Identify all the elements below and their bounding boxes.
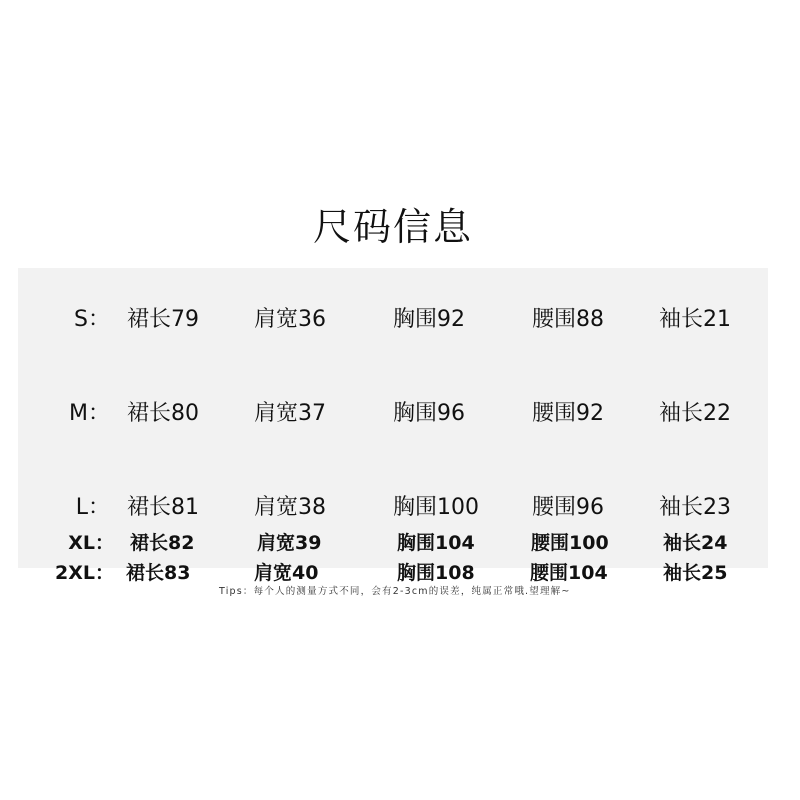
- skirt-length: 裙长80: [127, 396, 199, 427]
- skirt-length: 裙长79: [127, 302, 199, 333]
- page-title: 尺码信息: [0, 196, 786, 251]
- size-label: L：: [0, 490, 110, 521]
- shoulder-width: 肩宽37: [254, 396, 326, 427]
- sleeve-length: 袖长21: [659, 302, 731, 333]
- shoulder-width: 肩宽38: [254, 490, 326, 521]
- size-row-l: L： 裙长81 肩宽38 胸围100 腰围96 袖长23: [0, 490, 800, 520]
- skirt-length: 裙长81: [127, 490, 199, 521]
- bust: 胸围92: [393, 302, 465, 333]
- waist: 腰围88: [532, 302, 604, 333]
- bust: 胸围108: [397, 558, 475, 585]
- shoulder-width: 肩宽36: [254, 302, 326, 333]
- size-row-m: M： 裙长80 肩宽37 胸围96 腰围92 袖长22: [0, 396, 800, 426]
- waist: 腰围100: [531, 528, 609, 555]
- bust: 胸围96: [393, 396, 465, 427]
- tips-note: Tips：每个人的测量方式不同，会有2-3cm的误差，纯属正常哦.望理解~: [219, 583, 571, 597]
- size-label: M：: [0, 396, 110, 427]
- sleeve-length: 袖长22: [659, 396, 731, 427]
- shoulder-width: 肩宽39: [257, 528, 321, 555]
- bust: 胸围104: [397, 528, 475, 555]
- skirt-length: 裙长82: [130, 528, 194, 555]
- shoulder-width: 肩宽40: [254, 558, 318, 585]
- waist: 腰围92: [532, 396, 604, 427]
- waist: 腰围96: [532, 490, 604, 521]
- size-row-s: S： 裙长79 肩宽36 胸围92 腰围88 袖长21: [0, 302, 800, 332]
- size-label: 2XL：: [0, 558, 114, 585]
- size-row-xl: XL： 裙长82 肩宽39 胸围104 腰围100 袖长24: [0, 528, 800, 558]
- skirt-length: 裙长83: [126, 558, 190, 585]
- bust: 胸围100: [393, 490, 479, 521]
- sleeve-length: 袖长24: [663, 528, 727, 555]
- sleeve-length: 袖长25: [663, 558, 727, 585]
- size-label: S：: [0, 302, 110, 333]
- sleeve-length: 袖长23: [659, 490, 731, 521]
- size-label: XL：: [0, 528, 114, 555]
- waist: 腰围104: [530, 558, 608, 585]
